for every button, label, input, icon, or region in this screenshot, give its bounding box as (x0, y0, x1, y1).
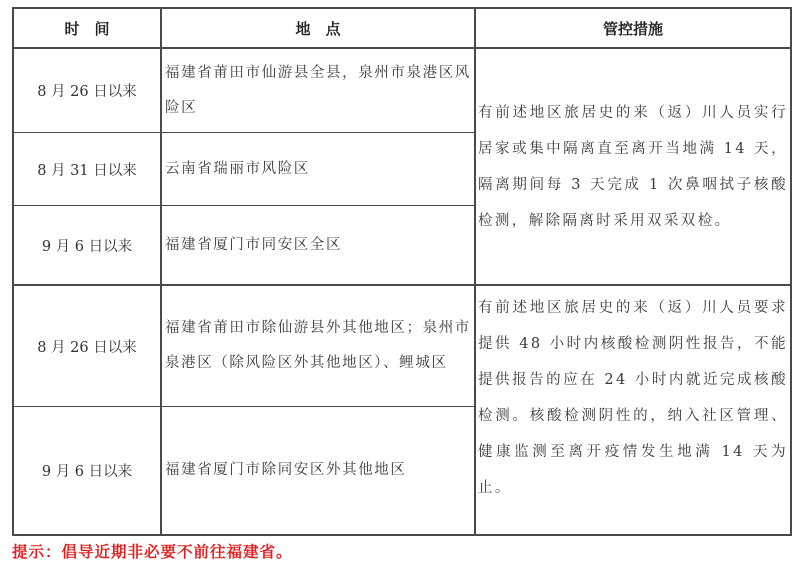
row-2-place-text: 云南省瑞丽市风险区 (165, 152, 310, 187)
table-border-right (790, 7, 792, 536)
header-time: 时 间 (14, 9, 160, 47)
header-measures: 管控措施 (476, 9, 790, 47)
row-3-place: 福建省厦门市同安区全区 (162, 206, 474, 284)
row-3-time: 9 月 6 日以来 (14, 206, 160, 284)
row-2-time: 8 月 31 日以来 (14, 133, 160, 205)
row-4-place: 福建省莆田市除仙游县外其他地区；泉州市泉港区（除风险区外其他地区）、鲤城区 (162, 286, 474, 406)
row-4-place-text: 福建省莆田市除仙游县外其他地区；泉州市泉港区（除风险区外其他地区）、鲤城区 (165, 311, 472, 381)
row-5-time: 9 月 6 日以来 (14, 407, 160, 534)
control-measures-table: 时 间 地 点 管控措施 8 月 26 日以来 福建省莆田市仙游县全县，泉州市泉… (12, 7, 792, 536)
row-5-place: 福建省厦门市除同安区外其他地区 (162, 407, 474, 534)
row-2-place: 云南省瑞丽市风险区 (162, 133, 474, 205)
header-place: 地 点 (162, 9, 474, 47)
tip-notice: 提示：倡导近期非必要不前往福建省。 (12, 540, 293, 562)
row-1-time: 8 月 26 日以来 (14, 49, 160, 132)
row-4-time: 8 月 26 日以来 (14, 286, 160, 406)
row-3-place-text: 福建省厦门市同安区全区 (165, 228, 342, 263)
row-5-place-text: 福建省厦门市除同安区外其他地区 (165, 453, 407, 488)
measures-group-1-text: 有前述地区旅居史的来（返）川人员实行居家或集中隔离直至离开当地满 14 天，隔离… (478, 95, 788, 239)
table-border-bottom (12, 534, 792, 536)
measures-group-1: 有前述地区旅居史的来（返）川人员实行居家或集中隔离直至离开当地满 14 天，隔离… (476, 49, 790, 284)
row-1-place-text: 福建省莆田市仙游县全县，泉州市泉港区风险区 (165, 56, 472, 126)
row-1-place: 福建省莆田市仙游县全县，泉州市泉港区风险区 (162, 49, 474, 132)
measures-group-2-text: 有前述地区旅居史的来（返）川人员要求提供 48 小时内核酸检测阴性报告，不能提供… (478, 290, 788, 506)
measures-group-2: 有前述地区旅居史的来（返）川人员要求提供 48 小时内核酸检测阴性报告，不能提供… (476, 286, 790, 534)
